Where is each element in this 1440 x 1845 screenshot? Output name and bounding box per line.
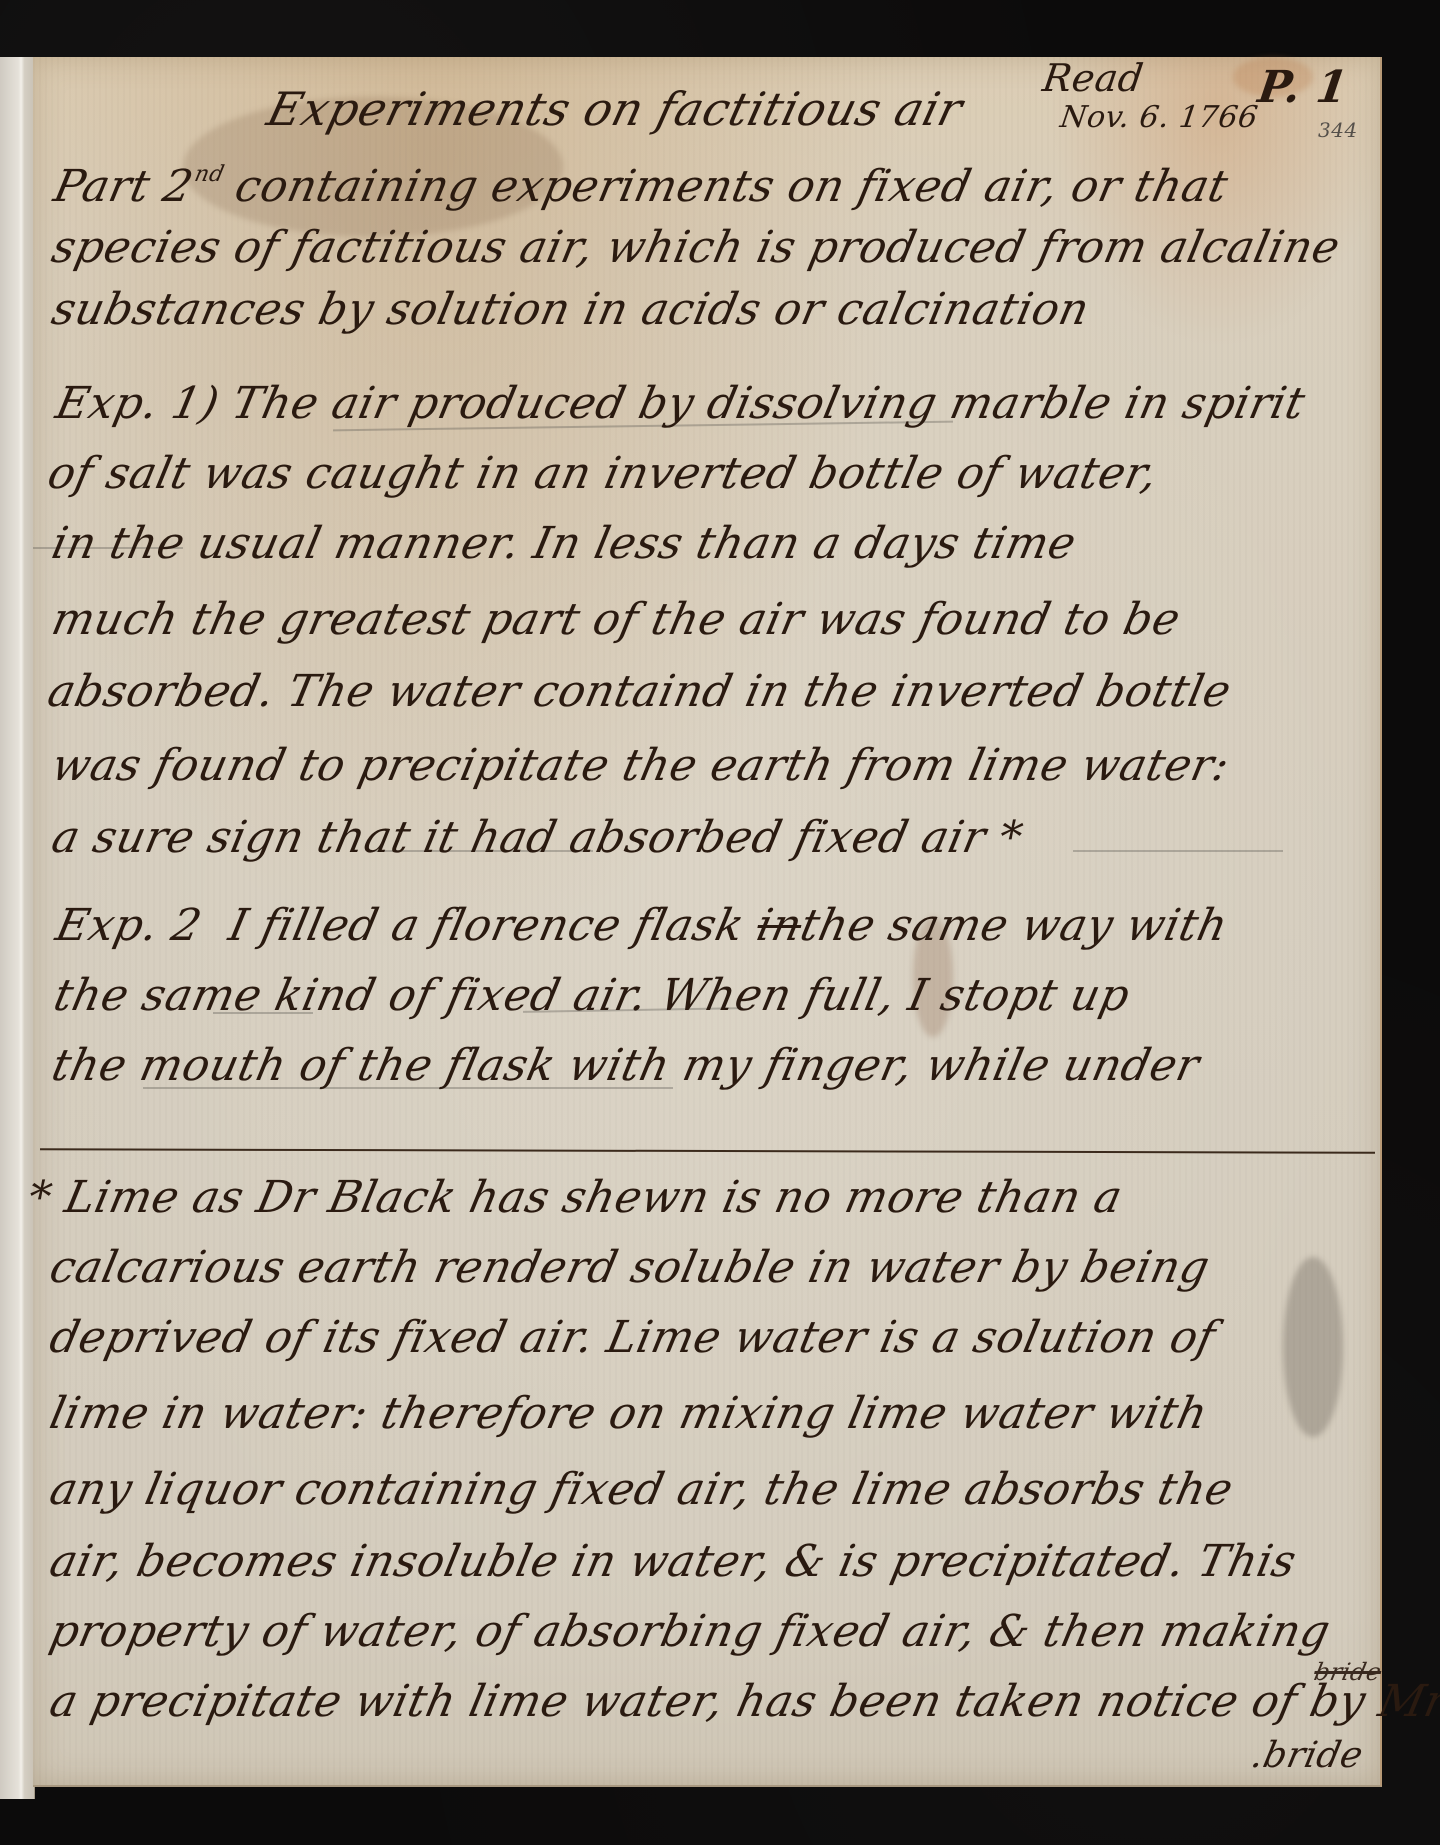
experiment-2-line: Exp. 2 I filled a florence flask inthe s… <box>52 904 1231 948</box>
footnote-line: deprived of its fixed air. Lime water is… <box>46 1316 1219 1360</box>
subtitle-line: substances by solution in acids or calci… <box>48 288 1093 332</box>
experiment-1-line: absorbed. The water containd in the inve… <box>44 670 1235 714</box>
footnote-line: air, becomes insoluble in water, & is pr… <box>46 1540 1300 1584</box>
struck-word: bride <box>1312 1660 1384 1684</box>
experiment-label: Exp. 1) <box>51 378 224 429</box>
page-number: P. 1 <box>1255 62 1351 113</box>
experiment-1-line: a sure sign that it had absorbed fixed a… <box>48 816 1027 860</box>
page-title: Experiments on factitious air <box>262 82 968 136</box>
footnote-line: calcarious earth renderd soluble in wate… <box>46 1246 1213 1290</box>
experiment-1-line: Exp. 1) The air produced by dissolving m… <box>52 382 1309 426</box>
experiment-1-line: much the greatest part of the air was fo… <box>48 598 1184 642</box>
experiment-2-line: the same kind of fixed air. When full, I… <box>50 974 1133 1018</box>
subtitle-text: containing experiments on fixed air, or … <box>231 161 1233 212</box>
footnote-line: a precipitate with lime water, has been … <box>46 1680 1440 1724</box>
subtitle-line: Part 2nd containing experiments on fixed… <box>50 164 1232 209</box>
footnote-continuation: .bride <box>1248 1738 1366 1774</box>
read-label: Read <box>1040 56 1146 100</box>
experiment-1-line: was found to precipitate the earth from … <box>48 744 1233 788</box>
experiment-2-line: the mouth of the flask with my finger, w… <box>48 1044 1203 1088</box>
pencil-underline <box>1073 850 1283 852</box>
folio-number: 344 <box>1318 118 1358 142</box>
footnote-line: any liquor containing fixed air, the lim… <box>46 1468 1237 1512</box>
footnote-line: property of water, of absorbing fixed ai… <box>46 1610 1334 1654</box>
experiment-1-line: of salt was caught in an inverted bottle… <box>44 452 1161 496</box>
experiment-1-line: in the usual manner. In less than a days… <box>48 522 1080 566</box>
binding-edge <box>0 57 35 1799</box>
footnote-line: lime in water: therefore on mixing lime … <box>46 1392 1211 1436</box>
ink-smudge <box>1283 1257 1343 1437</box>
subtitle-line: species of factitious air, which is prod… <box>48 226 1344 270</box>
experiment-label: Exp. 2 <box>51 900 206 951</box>
part-label: Part 2 <box>49 161 197 212</box>
footnote-line: * Lime as Dr Black has shewn is no more … <box>24 1176 1126 1220</box>
read-date: Nov. 6. 1766 <box>1058 100 1260 135</box>
ordinal-suffix: nd <box>192 162 227 187</box>
